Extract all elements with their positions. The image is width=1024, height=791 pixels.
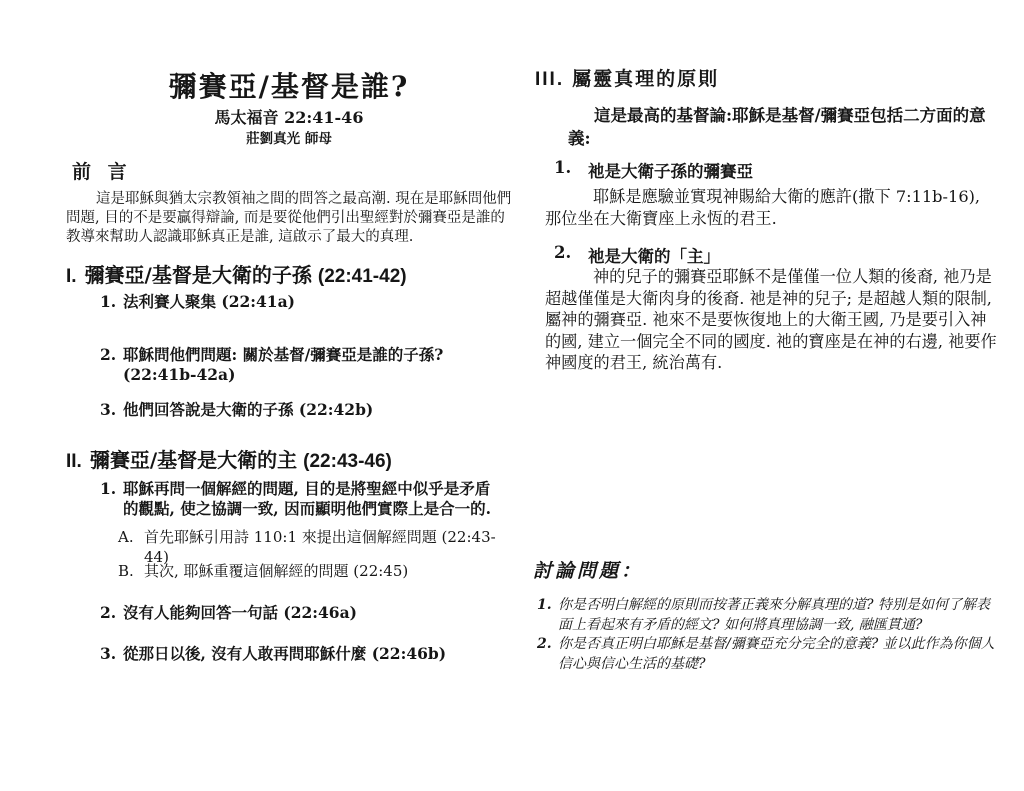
question-text: 你是否真正明白耶穌是基督/彌賽亞充分完全的意義? 並以此作為你個人信心與信心生活… (558, 636, 995, 672)
item-number: 2. (100, 345, 116, 365)
document-title: 彌賽亞/基督是誰? (64, 70, 514, 104)
item-number: 1. (100, 479, 116, 499)
section-1-numeral: I. (66, 266, 85, 287)
title-block: 彌賽亞/基督是誰? 馬太福音 22:41-46 莊劉真光 師母 (64, 70, 514, 148)
point-1-body: 耶穌是應驗並實現神賜給大衛的應許(撒下 7:11b-16), 那位坐在大衛寶座上… (545, 186, 1000, 229)
question-number: 1. (537, 596, 552, 616)
outline-item-1-2: 2. 耶穌問他們問題: 關於基督/彌賽亞是誰的子孫? (22:41b-42a) (100, 345, 492, 385)
discussion-question-2: 2. 你是否真正明白耶穌是基督/彌賽亞充分完全的意義? 並以此作為你個人信心與信… (537, 635, 999, 674)
item-text: 從那日以後, 沒有人敢再問耶穌什麼 (22:46b) (123, 644, 446, 663)
item-text: 沒有人能夠回答一句話 (22:46a) (123, 603, 357, 622)
outline-item-2-2: 2. 沒有人能夠回答一句話 (22:46a) (100, 603, 498, 623)
item-text: 耶穌再問一個解經的問題, 目的是將聖經中似乎是矛盾的觀點, 使之協調一致, 因而… (123, 479, 491, 518)
outline-item-2-1: 1. 耶穌再問一個解經的問題, 目的是將聖經中似乎是矛盾的觀點, 使之協調一致,… (100, 479, 498, 519)
section-2-heading: II.彌賽亞/基督是大衛的主(22:43-46) (66, 444, 392, 473)
section-2-numeral: II. (66, 451, 90, 472)
item-text: 他們回答說是大衛的子孫 (22:42b) (123, 400, 373, 419)
section-2-verse-ref: (22:43-46) (297, 451, 392, 472)
discussion-heading: 討論問題： (533, 556, 643, 583)
point-heading-text: 祂是大衛的「主」 (588, 247, 720, 266)
preface-paragraph: 這是耶穌與猶太宗教領袖之間的問答之最高潮. 現在是耶穌問他們問題, 目的不是要贏… (66, 190, 518, 246)
point-1-heading: 1. 祂是大衛子孫的彌賽亞 (554, 158, 984, 182)
discussion-questions: 1. 你是否明白解經的原則而按著正義來分解真理的道? 特別是如何了解表面上看起來… (537, 596, 999, 674)
item-number: 1. (100, 292, 116, 312)
subitem-letter: A. (118, 527, 134, 547)
discussion-question-1: 1. 你是否明白解經的原則而按著正義來分解真理的道? 特別是如何了解表面上看起來… (537, 596, 999, 635)
point-number: 2. (554, 243, 571, 262)
point-2-body: 神的兒子的彌賽亞耶穌不是僅僅一位人類的後裔, 祂乃是超越僅僅是大衛肉身的後裔. … (545, 266, 1001, 374)
author-name: 莊劉真光 師母 (64, 130, 514, 148)
item-number: 3. (100, 644, 116, 664)
item-number: 3. (100, 400, 116, 420)
section-3-numeral: III. (535, 69, 572, 90)
outline-item-2-3: 3. 從那日以後, 沒有人敢再問耶穌什麼 (22:46b) (100, 644, 498, 664)
section-3-heading: III.屬靈真理的原則 (535, 64, 719, 91)
point-2-heading: 2. 祂是大衛的「主」 (554, 243, 984, 267)
section-3-title: 屬靈真理的原則 (572, 68, 719, 90)
question-text: 你是否明白解經的原則而按著正義來分解真理的道? 特別是如何了解表面上看起來有矛盾… (558, 597, 990, 633)
item-text: 耶穌問他們問題: 關於基督/彌賽亞是誰的子孫? (22:41b-42a) (123, 345, 443, 384)
document-page: 彌賽亞/基督是誰? 馬太福音 22:41-46 莊劉真光 師母 前 言 這是耶穌… (0, 0, 1024, 791)
section-3-intro: 這是最高的基督論:耶穌是基督/彌賽亞包括二方面的意義: (568, 104, 992, 150)
section-1-heading: I.彌賽亞/基督是大衛的子孫(22:41-42) (66, 259, 407, 288)
subitem-letter: B. (118, 561, 134, 581)
subitem-text: 其次, 耶穌重覆這個解經的問題 (22:45) (144, 562, 408, 580)
scripture-reference: 馬太福音 22:41-46 (64, 108, 514, 128)
outline-subitem-b: B. 其次, 耶穌重覆這個解經的問題 (22:45) (118, 561, 520, 581)
section-1-title: 彌賽亞/基督是大衛的子孫 (85, 263, 312, 287)
point-heading-text: 祂是大衛子孫的彌賽亞 (588, 162, 753, 181)
item-text: 法利賽人聚集 (22:41a) (123, 292, 295, 311)
preface-heading: 前 言 (72, 157, 132, 184)
question-number: 2. (537, 635, 552, 655)
section-1-verse-ref: (22:41-42) (312, 266, 407, 287)
item-number: 2. (100, 603, 116, 623)
outline-item-1-3: 3. 他們回答說是大衛的子孫 (22:42b) (100, 400, 492, 420)
outline-item-1-1: 1. 法利賽人聚集 (22:41a) (100, 292, 492, 312)
section-2-title: 彌賽亞/基督是大衛的主 (90, 448, 297, 472)
point-number: 1. (554, 158, 571, 177)
